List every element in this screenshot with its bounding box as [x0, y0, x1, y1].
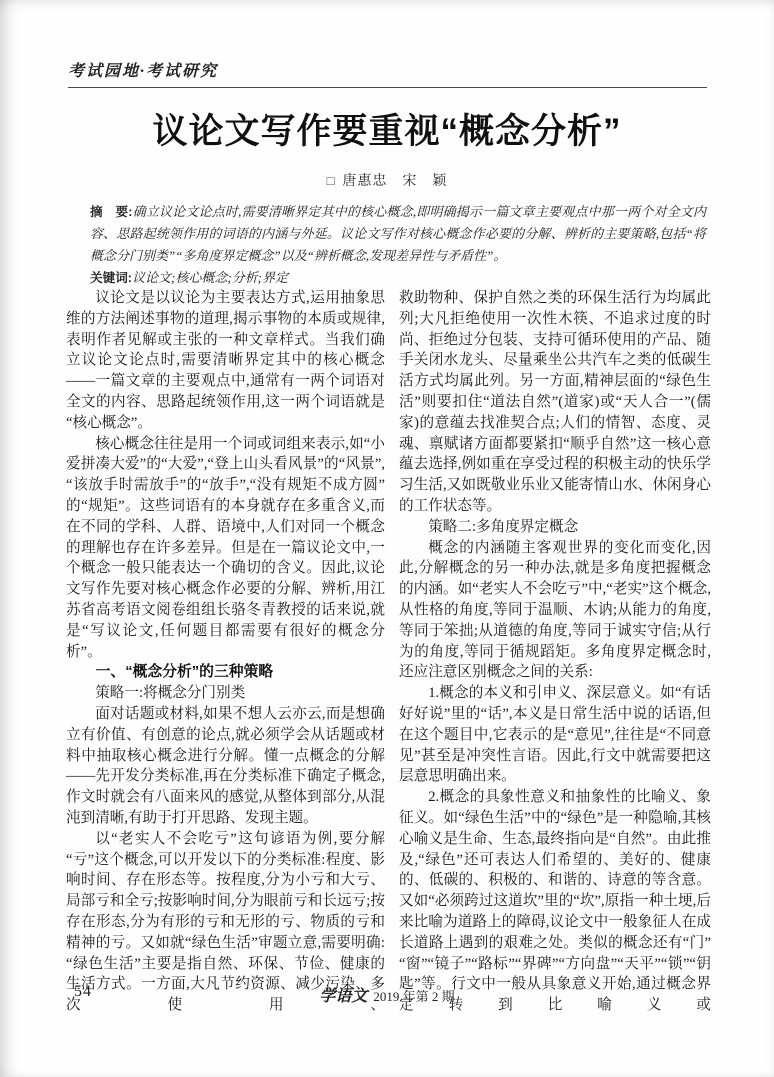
body-columns: 议论文是以议论为主要表达方式,运用抽象思维的方法阐述事物的道理,揭示事物的本质或…	[66, 288, 711, 1016]
keywords-label: 关键词:	[90, 271, 132, 285]
author-names: 唐惠忠 宋 颖	[342, 174, 447, 189]
keywords-text: 议论文;核心概念;分析;界定	[132, 270, 288, 285]
section-heading: 一、“概念分析”的三种策略	[66, 662, 385, 683]
column-right: 救助物种、保护自然之类的环保生活行为均属此列;大凡拒绝使用一次性木筷、不追求过度…	[399, 288, 711, 1016]
strategy-subheading: 策略一:将概念分门别类	[66, 683, 385, 704]
body-paragraph: 面对话题或材料,如果不想人云亦云,而是想确立有价值、有创意的论点,就必须学会从话…	[66, 704, 385, 829]
body-paragraph: 1.概念的本义和引申义、深层意义。如“有话好好说”里的“话”,本义是日常生活中说…	[399, 683, 711, 787]
abstract-paragraph: 摘 要:确立议论文论点时,需要清晰界定其中的核心概念,即明确揭示一篇文章主要观点…	[90, 201, 706, 267]
body-paragraph: 救助物种、保护自然之类的环保生活行为均属此列;大凡拒绝使用一次性木筷、不追求过度…	[399, 288, 711, 517]
author-marker-icon: □	[327, 173, 336, 188]
journal-name: 学语文	[319, 988, 367, 1005]
abstract-block: 摘 要:确立议论文论点时,需要清晰界定其中的核心概念,即明确揭示一篇文章主要观点…	[90, 201, 706, 289]
strategy-subheading: 策略二:多角度界定概念	[399, 517, 711, 538]
header-rule	[68, 87, 707, 88]
abstract-label: 摘 要:	[90, 205, 133, 219]
journal-line: 学语文2019 年第 2 期	[0, 983, 774, 1006]
body-paragraph: 议论文是以议论为主要表达方式,运用抽象思维的方法阐述事物的道理,揭示事物的本质或…	[66, 288, 385, 434]
column-left: 议论文是以议论为主要表达方式,运用抽象思维的方法阐述事物的道理,揭示事物的本质或…	[66, 288, 385, 1016]
article-title: 议论文写作要重视“概念分析”	[0, 104, 774, 154]
author-line: □唐惠忠 宋 颖	[0, 170, 774, 190]
body-paragraph: 2.概念的具象性意义和抽象性的比喻义、象征义。如“绿色生活”中的“绿色”是一种隐…	[399, 787, 711, 1016]
body-paragraph: 核心概念往往是用一个词或词组来表示,如“小爱拼凑大爱”的“大爱”,“登上山头看风…	[66, 434, 385, 663]
abstract-text: 确立议论文论点时,需要清晰界定其中的核心概念,即明确揭示一篇文章主要观点中那一两…	[90, 204, 706, 263]
issue-label: 2019 年第 2 期	[373, 989, 454, 1004]
journal-page: 考试园地·考试研究 议论文写作要重视“概念分析” □唐惠忠 宋 颖 摘 要:确立…	[0, 0, 774, 1077]
section-label: 考试园地·考试研究	[68, 58, 218, 81]
body-paragraph: 概念的内涵随主客观世界的变化而变化,因此,分解概念的另一种办法,就是多角度把握概…	[399, 538, 711, 684]
keywords-line: 关键词:议论文;核心概念;分析;界定	[90, 267, 706, 289]
